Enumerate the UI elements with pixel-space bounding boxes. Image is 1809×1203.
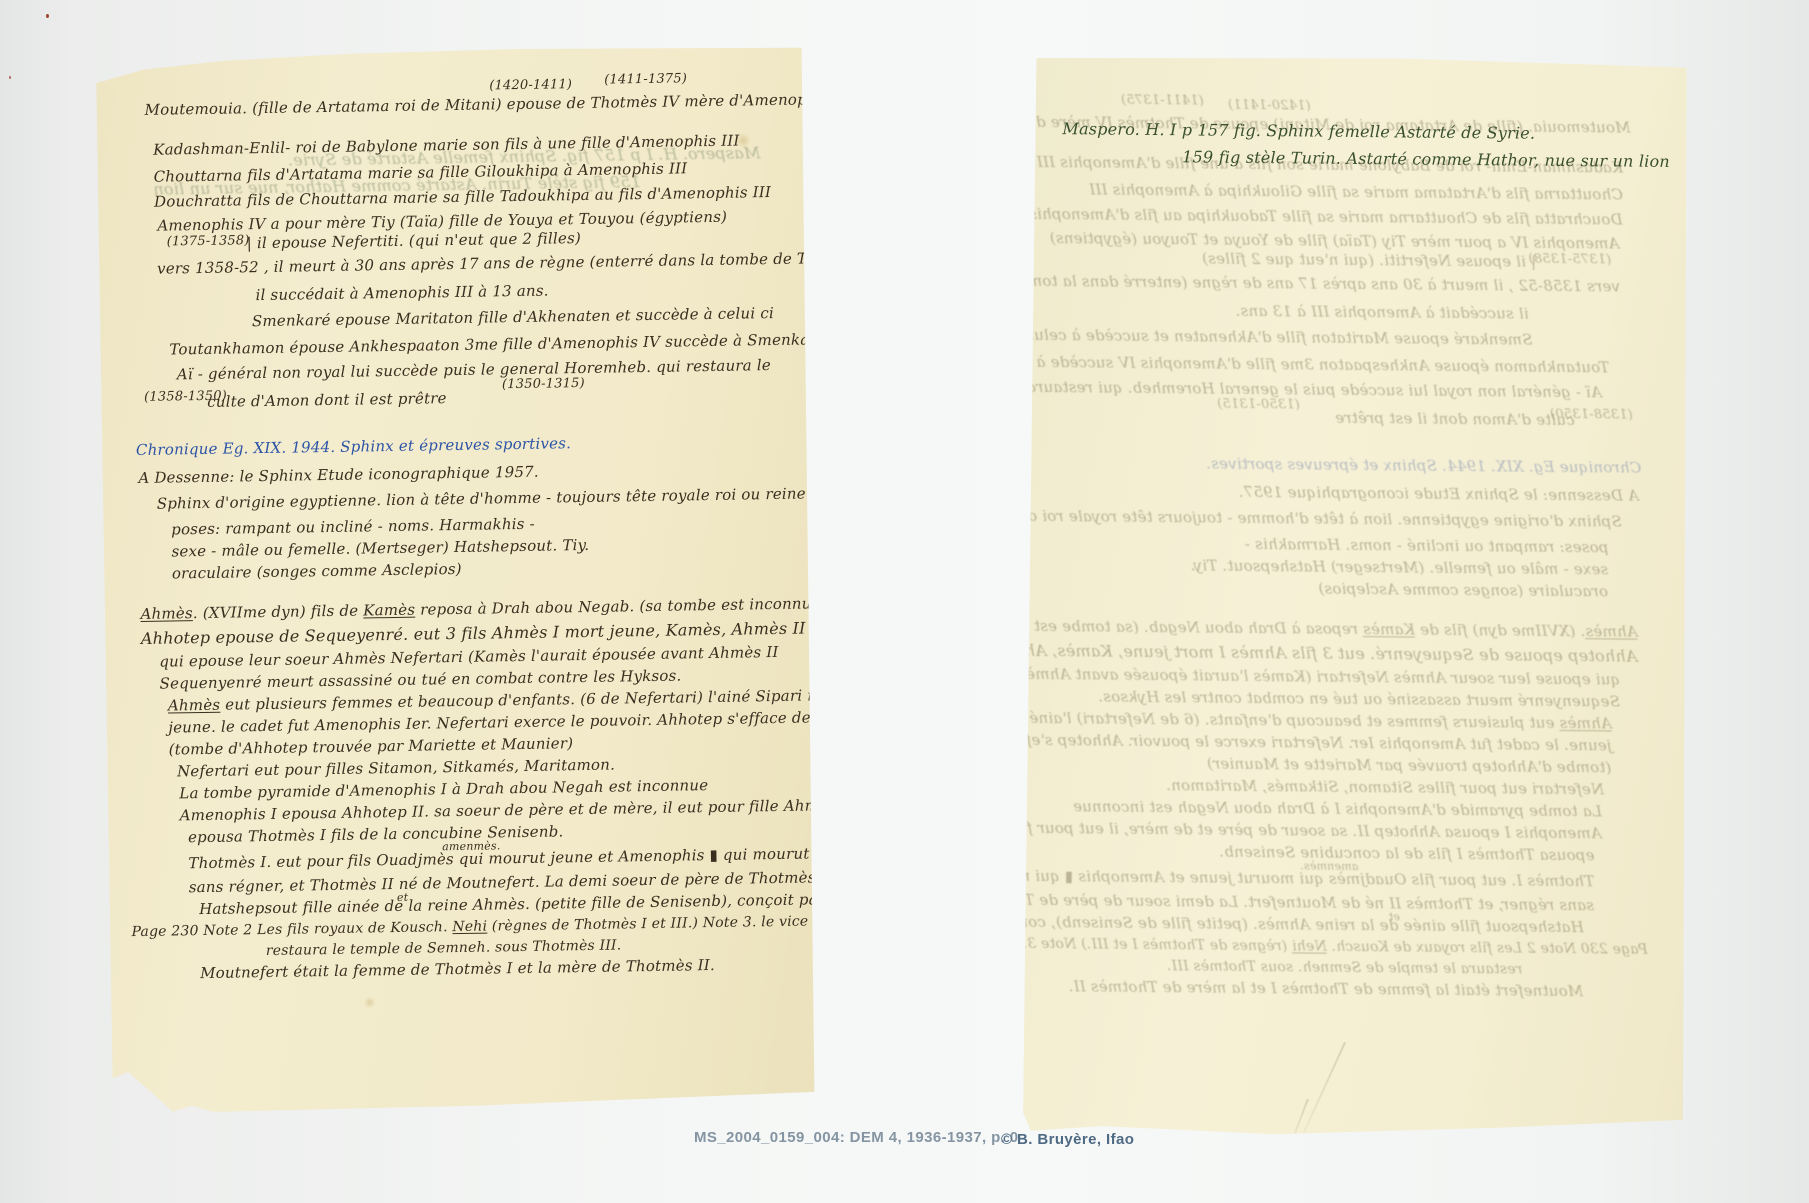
right-page-scan: (1420-1411)(1411-1375)Moutemouia. (fille… [1023, 55, 1693, 1138]
handwritten-line: (1375-1358) [167, 234, 250, 248]
handwritten-line: sexe - mâle ou femelle. (Mertseger) Hats… [171, 538, 589, 560]
handwritten-line: Amenophis IV a pour mère Tiy (Taïa) fill… [157, 210, 727, 234]
left-page-handwriting-layer: (1420-1411)(1411-1375)Moutemouia. (fille… [94, 44, 821, 1113]
handwritten-line: Aï - général non royal lui succède puis … [177, 358, 771, 382]
handwritten-line: Chronique Eg. XIX. 1944. Sphinx et épreu… [136, 436, 571, 458]
handwritten-line: Douchratta fils de Chouttarna marie sa f… [154, 185, 771, 210]
handwritten-line: Ahhotep epouse de Sequeyenré. eut 3 fils… [141, 621, 806, 647]
handwritten-line: Maspero. H. I p 157 fig. Sphinx femelle … [1062, 121, 1535, 142]
dust-speck [9, 76, 11, 79]
copyright-caption: © B. Bruyère, Ifao [1001, 1131, 1134, 1148]
handwritten-line: jeune. le cadet fut Amenophis Ier. Nefer… [168, 709, 883, 735]
handwritten-line: poses: rampant ou incliné - noms. Harmak… [171, 517, 535, 538]
handwritten-line: (1420-1411) [489, 78, 572, 92]
handwritten-line: (1411-1375) [604, 72, 687, 86]
handwritten-line: vers 1358-52 , il meurt à 30 ans après 1… [157, 251, 832, 277]
image-id-caption: MS_2004_0159_004: DEM 4, 1936-1937, p. 0 [694, 1129, 1019, 1146]
dust-speck [46, 14, 49, 18]
handwritten-line: il succédait à Amenophis III à 13 ans. [255, 284, 548, 304]
handwritten-line: | il epouse Nefertiti. (qui n'eut que 2 … [247, 231, 581, 251]
handwritten-line: Moutemouia. (fille de Artatama roi de Mi… [144, 92, 858, 118]
handwritten-line: Sphinx d'origine egyptienne. lion à tête… [157, 487, 806, 512]
handwritten-line: Chouttarna fils d'Artatama marie sa fill… [154, 161, 688, 184]
scan-canvas: Maspero. H. I p 157 fig. Sphinx femelle … [0, 0, 1809, 1203]
handwritten-line: Kadashman-Enlil- roi de Babylone marie s… [153, 134, 740, 158]
handwritten-line: (tombe d'Ahhotep trouvée par Mariette et… [169, 736, 574, 757]
handwritten-line: Moutnefert était la femme de Thotmès I e… [200, 958, 715, 981]
handwritten-line: 159 fig stèle Turin. Astarté comme Hatho… [1182, 149, 1670, 170]
handwritten-line: Thotmès I. eut pour fils Ouadjmès qui mo… [188, 846, 854, 871]
handwritten-line: Smenkaré epouse Maritaton fille d'Akhena… [252, 306, 774, 329]
handwritten-line: oraculaire (songes comme Asclepios) [172, 562, 462, 582]
handwritten-line: Ahmès. (XVIIme dyn) fils de Kamès reposa… [140, 596, 826, 622]
handwritten-line: restaura le temple de Semneh. sous Thotm… [266, 938, 622, 958]
handwritten-line: Nefertari eut pour filles Sitamon, Sitka… [177, 758, 615, 780]
handwritten-line: A Dessenne: le Sphinx Etude iconographiq… [138, 465, 539, 486]
left-page-scan: Maspero. H. I p 157 fig. Sphinx femelle … [94, 44, 821, 1113]
handwritten-line: epousa Thotmès I fils de la concubine Se… [188, 824, 564, 845]
handwritten-line: Amenophis I epousa Ahhotep II. sa soeur … [180, 798, 866, 824]
handwritten-line: qui epouse leur soeur Ahmès Nefertari (K… [159, 645, 778, 670]
handwritten-line: (1350-1315) [502, 377, 585, 391]
right-page-handwriting-layer: Maspero. H. I p 157 fig. Sphinx femelle … [1023, 55, 1693, 1138]
handwritten-line: La tombe pyramide d'Amenophis I à Drah a… [179, 778, 708, 801]
handwritten-line: Sequenyenré meurt assassiné ou tué en co… [159, 668, 681, 691]
handwritten-line: culte d'Amon dont il est prêtre [207, 391, 447, 410]
handwritten-line: Toutankhamon épouse Ankhespaaton 3me fil… [169, 332, 826, 357]
